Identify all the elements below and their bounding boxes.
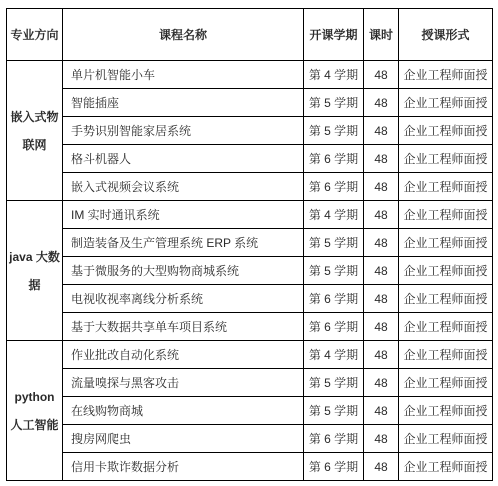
table-row: 基于大数据共享单车项目系统第 6 学期48企业工程师面授 [7, 313, 493, 341]
course-name-cell: 基于大数据共享单车项目系统 [63, 313, 304, 341]
course-name-cell: 格斗机器人 [63, 145, 304, 173]
col-header-format: 授课形式 [399, 9, 493, 61]
table-row: 基于微服务的大型购物商城系统第 5 学期48企业工程师面授 [7, 257, 493, 285]
semester-cell: 第 6 学期 [304, 145, 364, 173]
format-cell: 企业工程师面授 [399, 369, 493, 397]
semester-cell: 第 4 学期 [304, 61, 364, 89]
hours-cell: 48 [364, 369, 399, 397]
format-cell: 企业工程师面授 [399, 229, 493, 257]
course-name-cell: 流量嗅探与黑客攻击 [63, 369, 304, 397]
semester-cell: 第 5 学期 [304, 117, 364, 145]
direction-cell: python 人工智能 [7, 341, 63, 481]
hours-cell: 48 [364, 201, 399, 229]
col-header-direction: 专业方向 [7, 9, 63, 61]
course-name-cell: 电视收视率离线分析系统 [63, 285, 304, 313]
table-row: 格斗机器人第 6 学期48企业工程师面授 [7, 145, 493, 173]
hours-cell: 48 [364, 61, 399, 89]
semester-cell: 第 6 学期 [304, 425, 364, 453]
direction-cell: 嵌入式物联网 [7, 61, 63, 201]
direction-cell: java 大数据 [7, 201, 63, 341]
table-row: 信用卡欺诈数据分析第 6 学期48企业工程师面授 [7, 453, 493, 481]
course-name-cell: 搜房网爬虫 [63, 425, 304, 453]
format-cell: 企业工程师面授 [399, 341, 493, 369]
table-row: 搜房网爬虫第 6 学期48企业工程师面授 [7, 425, 493, 453]
format-cell: 企业工程师面授 [399, 173, 493, 201]
course-table: 专业方向 课程名称 开课学期 课时 授课形式 嵌入式物联网单片机智能小车第 4 … [6, 8, 493, 481]
hours-cell: 48 [364, 453, 399, 481]
table-row: 电视收视率离线分析系统第 6 学期48企业工程师面授 [7, 285, 493, 313]
table-row: 嵌入式视频会议系统第 6 学期48企业工程师面授 [7, 173, 493, 201]
semester-cell: 第 5 学期 [304, 89, 364, 117]
course-name-cell: 手势识别智能家居系统 [63, 117, 304, 145]
table-row: 手势识别智能家居系统第 5 学期48企业工程师面授 [7, 117, 493, 145]
hours-cell: 48 [364, 229, 399, 257]
course-name-cell: 嵌入式视频会议系统 [63, 173, 304, 201]
table-row: 制造装备及生产管理系统 ERP 系统第 5 学期48企业工程师面授 [7, 229, 493, 257]
header-row: 专业方向 课程名称 开课学期 课时 授课形式 [7, 9, 493, 61]
col-header-course-name: 课程名称 [63, 9, 304, 61]
hours-cell: 48 [364, 257, 399, 285]
hours-cell: 48 [364, 425, 399, 453]
course-name-cell: 信用卡欺诈数据分析 [63, 453, 304, 481]
hours-cell: 48 [364, 89, 399, 117]
table-row: 智能插座第 5 学期48企业工程师面授 [7, 89, 493, 117]
format-cell: 企业工程师面授 [399, 117, 493, 145]
format-cell: 企业工程师面授 [399, 397, 493, 425]
hours-cell: 48 [364, 285, 399, 313]
format-cell: 企业工程师面授 [399, 145, 493, 173]
format-cell: 企业工程师面授 [399, 201, 493, 229]
semester-cell: 第 4 学期 [304, 201, 364, 229]
table-row: 流量嗅探与黑客攻击第 5 学期48企业工程师面授 [7, 369, 493, 397]
format-cell: 企业工程师面授 [399, 313, 493, 341]
table-row: python 人工智能作业批改自动化系统第 4 学期48企业工程师面授 [7, 341, 493, 369]
col-header-semester: 开课学期 [304, 9, 364, 61]
table-row: 在线购物商城第 5 学期48企业工程师面授 [7, 397, 493, 425]
format-cell: 企业工程师面授 [399, 285, 493, 313]
hours-cell: 48 [364, 397, 399, 425]
semester-cell: 第 6 学期 [304, 173, 364, 201]
format-cell: 企业工程师面授 [399, 425, 493, 453]
semester-cell: 第 5 学期 [304, 397, 364, 425]
course-name-cell: 智能插座 [63, 89, 304, 117]
course-name-cell: 制造装备及生产管理系统 ERP 系统 [63, 229, 304, 257]
course-name-cell: 作业批改自动化系统 [63, 341, 304, 369]
semester-cell: 第 5 学期 [304, 369, 364, 397]
hours-cell: 48 [364, 313, 399, 341]
hours-cell: 48 [364, 173, 399, 201]
semester-cell: 第 4 学期 [304, 341, 364, 369]
format-cell: 企业工程师面授 [399, 453, 493, 481]
table-row: java 大数据IM 实时通讯系统第 4 学期48企业工程师面授 [7, 201, 493, 229]
course-name-cell: 基于微服务的大型购物商城系统 [63, 257, 304, 285]
format-cell: 企业工程师面授 [399, 61, 493, 89]
page: 专业方向 课程名称 开课学期 课时 授课形式 嵌入式物联网单片机智能小车第 4 … [0, 0, 498, 486]
col-header-hours: 课时 [364, 9, 399, 61]
semester-cell: 第 6 学期 [304, 453, 364, 481]
semester-cell: 第 6 学期 [304, 313, 364, 341]
format-cell: 企业工程师面授 [399, 257, 493, 285]
hours-cell: 48 [364, 145, 399, 173]
hours-cell: 48 [364, 117, 399, 145]
format-cell: 企业工程师面授 [399, 89, 493, 117]
semester-cell: 第 5 学期 [304, 229, 364, 257]
course-name-cell: IM 实时通讯系统 [63, 201, 304, 229]
course-name-cell: 单片机智能小车 [63, 61, 304, 89]
semester-cell: 第 6 学期 [304, 285, 364, 313]
table-row: 嵌入式物联网单片机智能小车第 4 学期48企业工程师面授 [7, 61, 493, 89]
semester-cell: 第 5 学期 [304, 257, 364, 285]
course-name-cell: 在线购物商城 [63, 397, 304, 425]
hours-cell: 48 [364, 341, 399, 369]
